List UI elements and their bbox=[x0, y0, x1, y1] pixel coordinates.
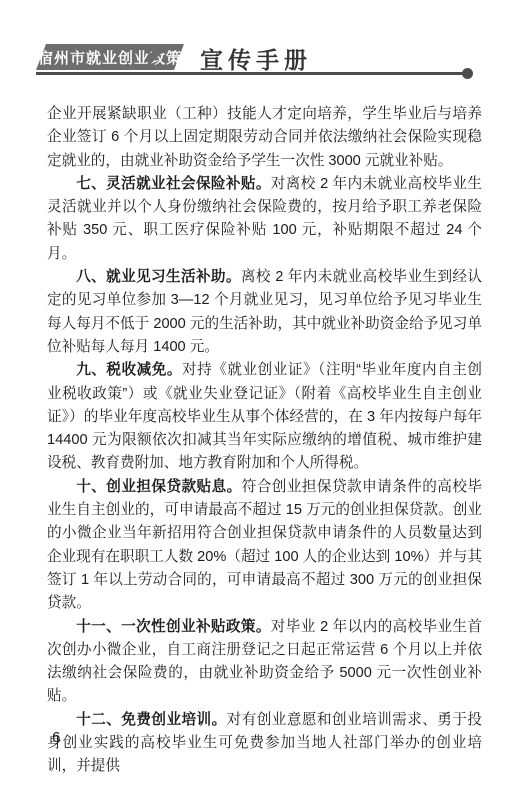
paragraph-lead: 七、灵活就业社会保险补贴。 bbox=[76, 176, 271, 192]
header-subtitle: 宣传手册 bbox=[200, 42, 312, 75]
paragraph: 十一、一次性创业补贴政策。对毕业 2 年以内的高校毕业生首次创办小微企业，自工商… bbox=[47, 616, 482, 709]
header-rule-dot bbox=[462, 68, 473, 79]
header-rule bbox=[36, 72, 464, 75]
paragraph-lead: 十二、免费创业培训。 bbox=[76, 712, 226, 728]
paragraph-text: 对持《就业创业证》（注明“毕业年度内自主创业税收政策”）或《就业失业登记证》（附… bbox=[47, 362, 482, 471]
paragraph: 七、灵活就业社会保险补贴。对离校 2 年内未就业高校毕业生灵活就业并以个人身份缴… bbox=[47, 173, 482, 266]
paragraph: 企业开展紧缺职业（工种）技能人才定向培养，学生毕业后与培养企业签订 6 个月以上… bbox=[47, 103, 482, 173]
paragraph-lead: 十、创业担保贷款贴息。 bbox=[76, 479, 242, 495]
body-text: 企业开展紧缺职业（工种）技能人才定向培养，学生毕业后与培养企业签订 6 个月以上… bbox=[47, 103, 482, 779]
document-page: 宿州市就业创业政策 宣传手册 企业开展紧缺职业（工种）技能人才定向培养，学生毕业… bbox=[0, 0, 528, 793]
page-number: 6 bbox=[52, 729, 60, 746]
page-header: 宿州市就业创业政策 宣传手册 bbox=[0, 0, 528, 90]
paragraph-lead: 十一、一次性创业补贴政策。 bbox=[76, 619, 271, 635]
paragraph-lead: 八、就业见习生活补助。 bbox=[76, 269, 241, 285]
paragraph-text: 企业开展紧缺职业（工种）技能人才定向培养，学生毕业后与培养企业签订 6 个月以上… bbox=[47, 106, 482, 169]
paragraph-lead: 九、税收减免。 bbox=[76, 362, 182, 378]
paragraph: 十二、免费创业培训。对有创业意愿和创业培训需求、勇于投身创业实践的高校毕业生可免… bbox=[47, 709, 482, 779]
paragraph: 九、税收减免。对持《就业创业证》（注明“毕业年度内自主创业税收政策”）或《就业失… bbox=[47, 359, 482, 475]
paragraph: 八、就业见习生活补助。离校 2 年内未就业高校毕业生到经认定的见习单位参加 3—… bbox=[47, 266, 482, 359]
paragraph: 十、创业担保贷款贴息。符合创业担保贷款申请条件的高校毕业生自主创业的，可申请最高… bbox=[47, 476, 482, 616]
paragraph-text: 符合创业担保贷款申请条件的高校毕业生自主创业的，可申请最高不超过 15 万元的创… bbox=[47, 479, 482, 611]
